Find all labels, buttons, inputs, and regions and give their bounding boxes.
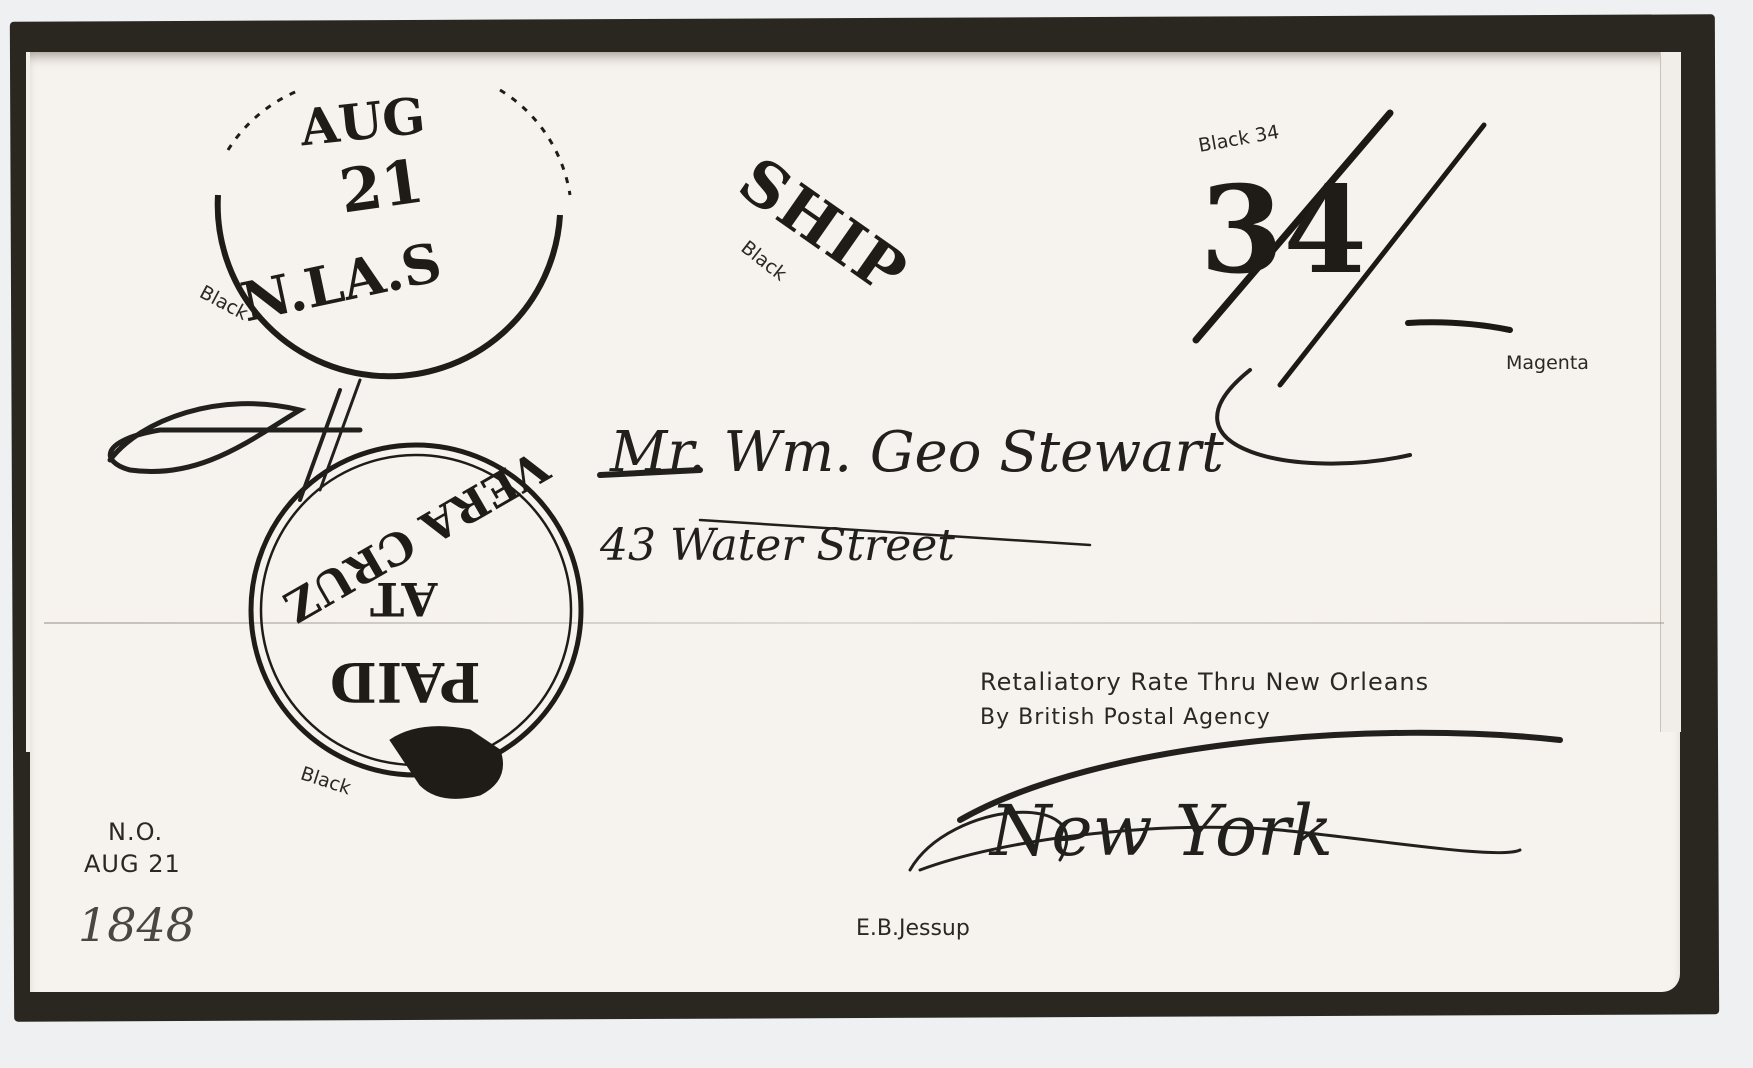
date-annotation-line2: AUG 21 <box>84 850 181 878</box>
rate-line-note: Magenta <box>1506 352 1589 374</box>
rate-annotation-line1: Retaliatory Rate Thru New Orleans <box>980 668 1429 696</box>
rate-annotation-line2: By British Postal Agency <box>980 705 1271 730</box>
address-line1: Mr. Wm. Geo Stewart <box>610 420 1224 485</box>
address-line3: New York <box>990 790 1333 872</box>
year-annotation: 1848 <box>78 898 195 952</box>
rate-marking: 34 <box>1200 160 1367 301</box>
postmark-day: 21 <box>336 147 428 228</box>
address-line2: 43 Water Street <box>600 520 955 571</box>
date-annotation-line1: N.O. <box>108 818 163 846</box>
paid-line1: PAID <box>330 650 481 714</box>
attribution: E.B.Jessup <box>856 916 970 941</box>
